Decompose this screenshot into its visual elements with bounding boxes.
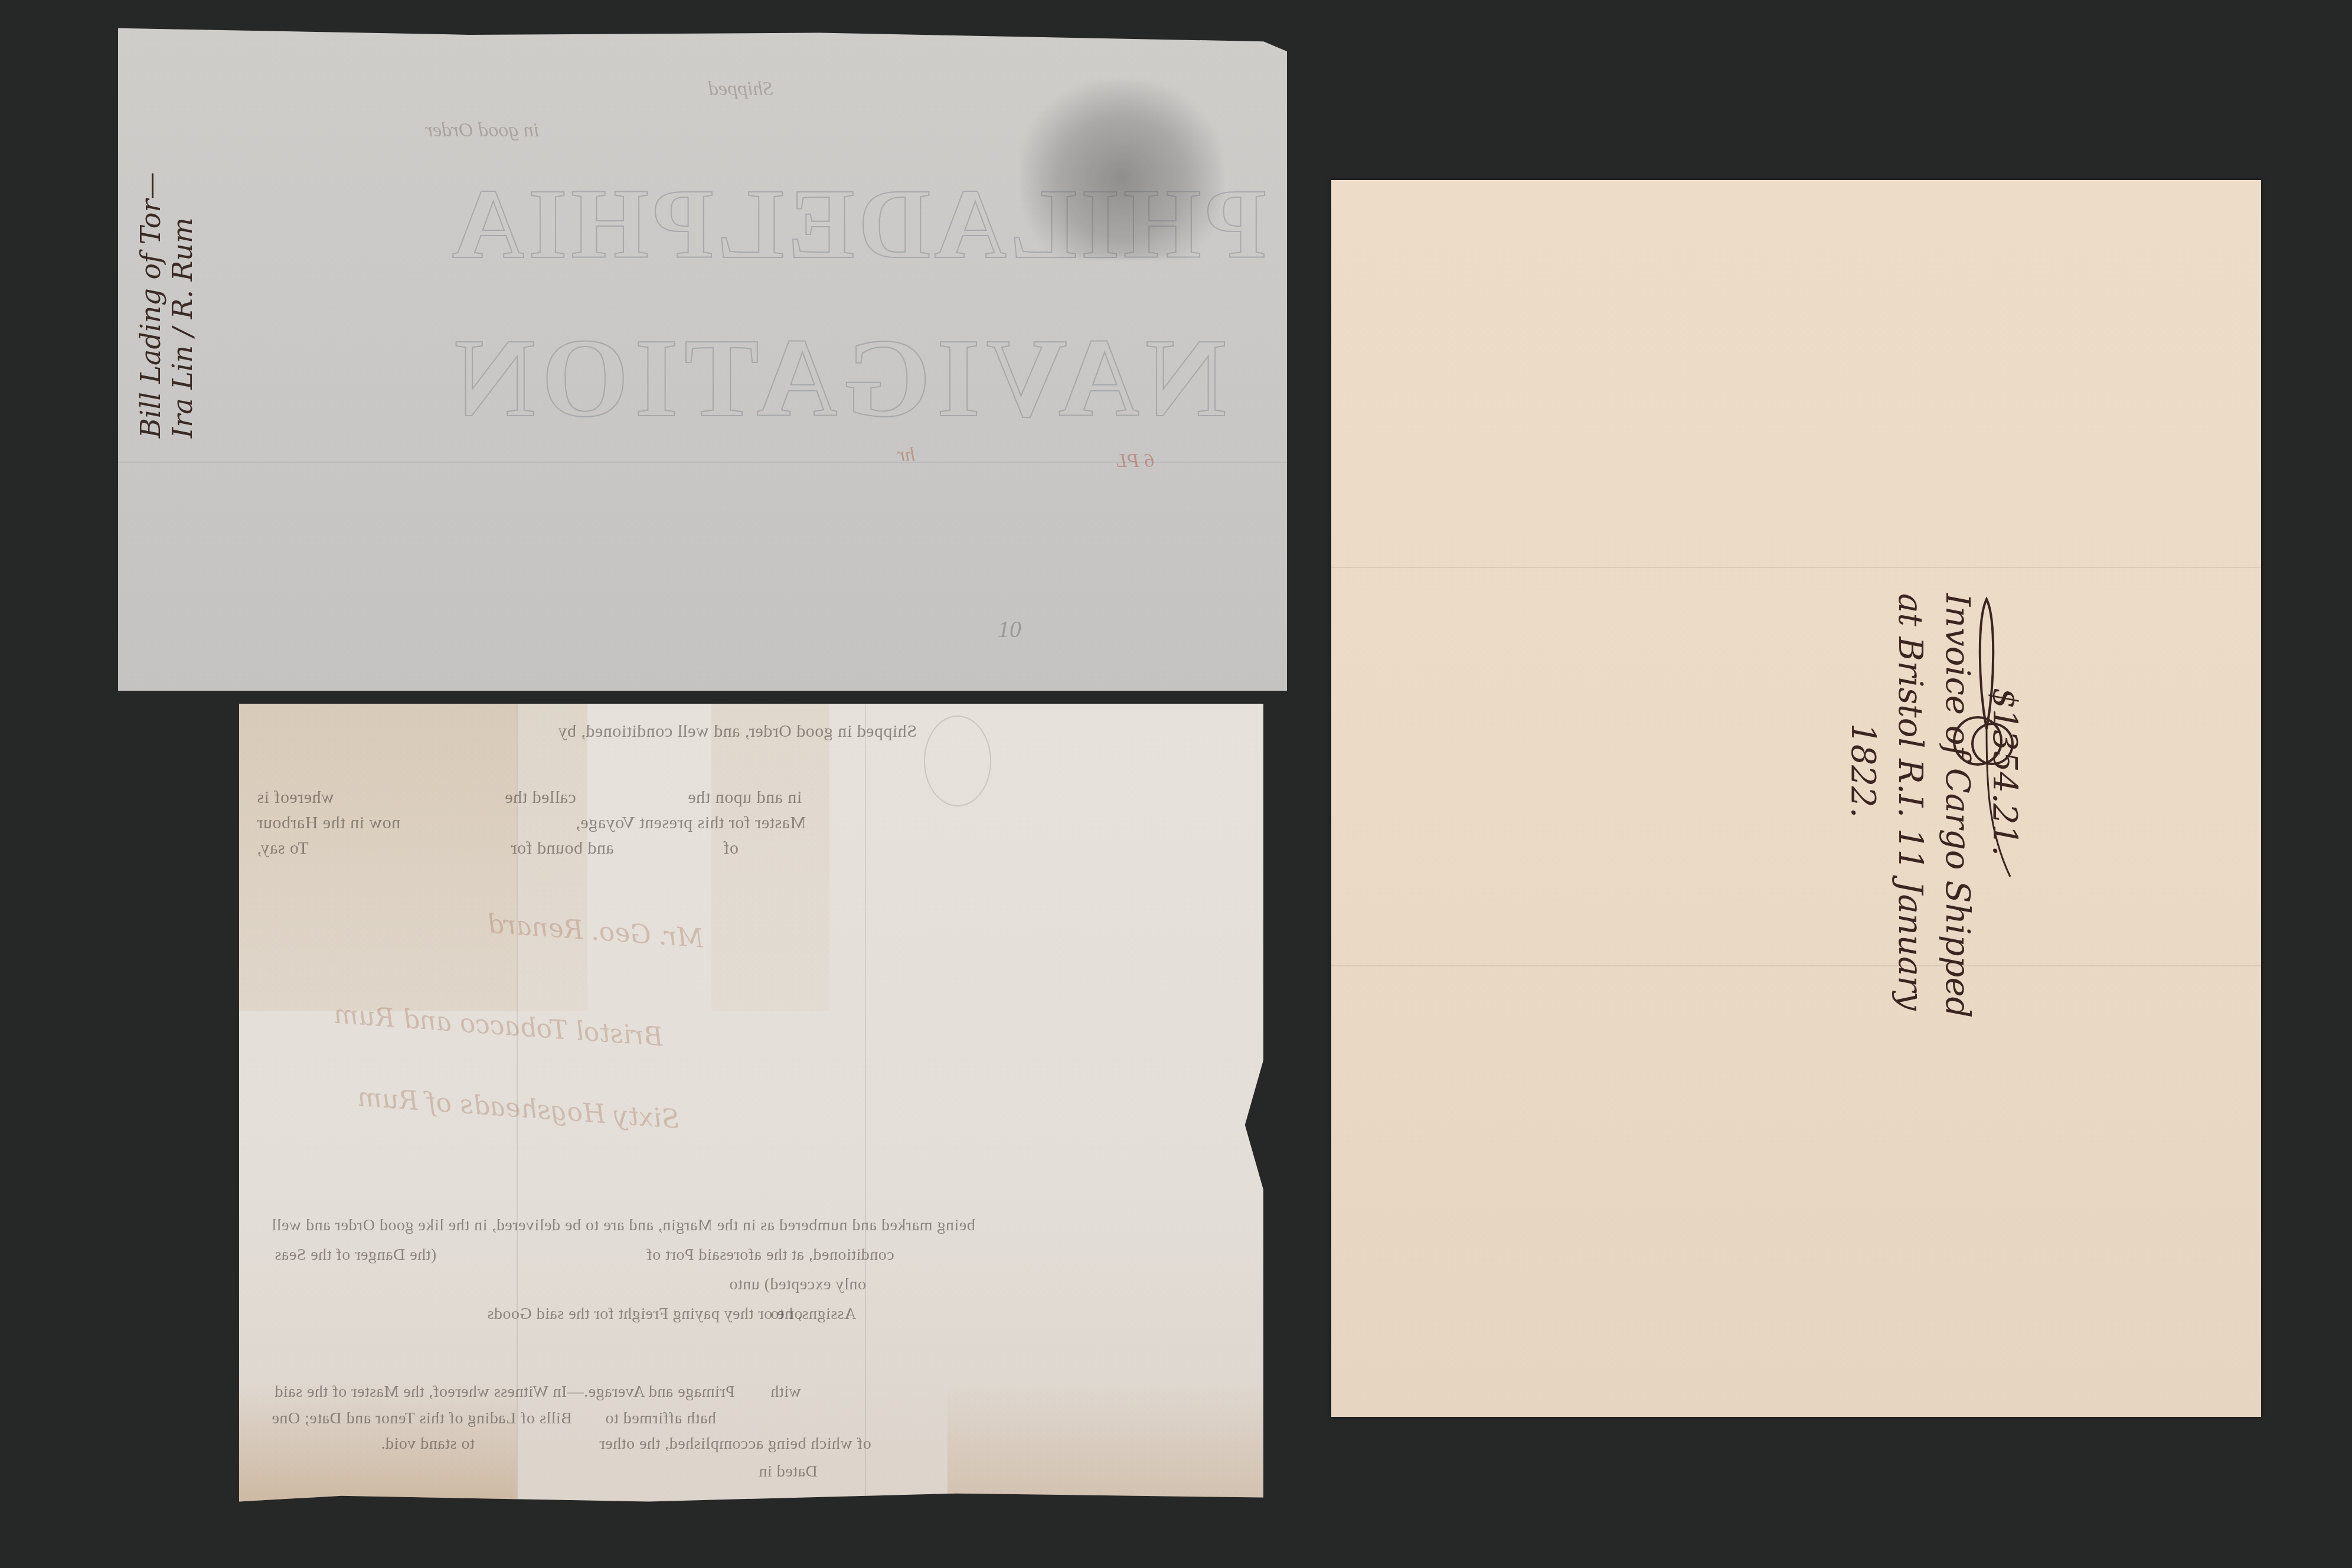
mirrored-print-line: in good Order xyxy=(425,119,539,142)
mirrored-print-line: of xyxy=(723,838,739,858)
mirrored-print-line: being marked and numbered as in the Marg… xyxy=(272,1216,975,1235)
note-line: Ira Lin / R. Rum xyxy=(166,172,198,438)
mirrored-print-line: To say, xyxy=(257,838,309,858)
mirrored-print-line: Dated in xyxy=(759,1462,818,1481)
fold-line xyxy=(118,462,1287,463)
ink-mark: hr xyxy=(897,444,915,466)
docket-line: at Bristol R.I. 11 January xyxy=(1886,593,1933,1018)
document-grey-bill-of-lading: Shipped in good Order PHILADELPHIA NAVIG… xyxy=(118,25,1287,691)
mirrored-print-line: Shipped in good Order, and well conditio… xyxy=(558,721,917,741)
fold-line xyxy=(865,704,866,1514)
fold-line xyxy=(1331,567,2261,568)
embossed-stamp xyxy=(924,716,991,806)
mirrored-heading-philadelphia: PHILADELPHIA xyxy=(449,166,1266,282)
docket-line: Invoice of Cargo Shipped xyxy=(1933,593,1981,1018)
mirrored-print-line: of which being accomplished, the other xyxy=(599,1435,871,1453)
mirrored-print-line: to stand void. xyxy=(381,1435,475,1453)
docket-amount: $1354.21. xyxy=(1981,593,2028,1018)
docket-year: 1822. xyxy=(1839,593,1886,1018)
note-line: Bill Lading of Tor— xyxy=(135,172,166,438)
document-cream-bill-of-lading: Shipped in good Order, and well conditio… xyxy=(239,704,1263,1514)
handwritten-docket-note: Bill Lading of Tor— Ira Lin / R. Rum xyxy=(135,172,198,438)
fold-line xyxy=(1331,965,2261,966)
faded-handwriting: Sixty Hogsheads of Rum xyxy=(357,1082,681,1135)
stain-bottom-left xyxy=(239,1384,517,1514)
mirrored-print-line: called the xyxy=(505,788,576,808)
mirrored-print-line: Assigns, he or they paying Freight for t… xyxy=(487,1305,856,1324)
mirrored-print-line: whereof is xyxy=(257,788,334,808)
mirrored-print-line: conditioned, at the aforesaid Port of xyxy=(646,1246,894,1265)
invoice-docket-text: $1354.21. Invoice of Cargo Shipped at Br… xyxy=(1839,593,2028,1018)
mirrored-print-line: with xyxy=(770,1383,801,1402)
mirrored-heading-navigation: NAVIGATION xyxy=(449,314,1227,443)
pencil-mark: 10 xyxy=(998,615,1021,643)
mirrored-shipped-text: Shipped xyxy=(708,78,773,100)
mirrored-print-line: Bills of Lading of this Tenor and Date; … xyxy=(272,1409,572,1428)
document-invoice-docket: $1354.21. Invoice of Cargo Shipped at Br… xyxy=(1331,180,2261,1417)
mirrored-print-line: and bound for xyxy=(511,838,614,858)
stain-bottom-right xyxy=(948,1384,1263,1514)
ink-mark: 6 PL xyxy=(1116,450,1154,472)
mirrored-print-line: in and upon the xyxy=(688,788,802,808)
mirrored-print-line: Primage and Average.—In Witness whereof,… xyxy=(275,1383,735,1402)
mirrored-print-line: now in the Harbour xyxy=(257,813,400,833)
mirrored-print-line: (the Danger of the Seas xyxy=(275,1246,436,1265)
mirrored-print-line: only excepted) unto xyxy=(729,1275,866,1294)
mirrored-print-line: Master for this present Voyage, xyxy=(576,813,806,833)
mirrored-print-line: hath affirmed to xyxy=(605,1409,716,1428)
